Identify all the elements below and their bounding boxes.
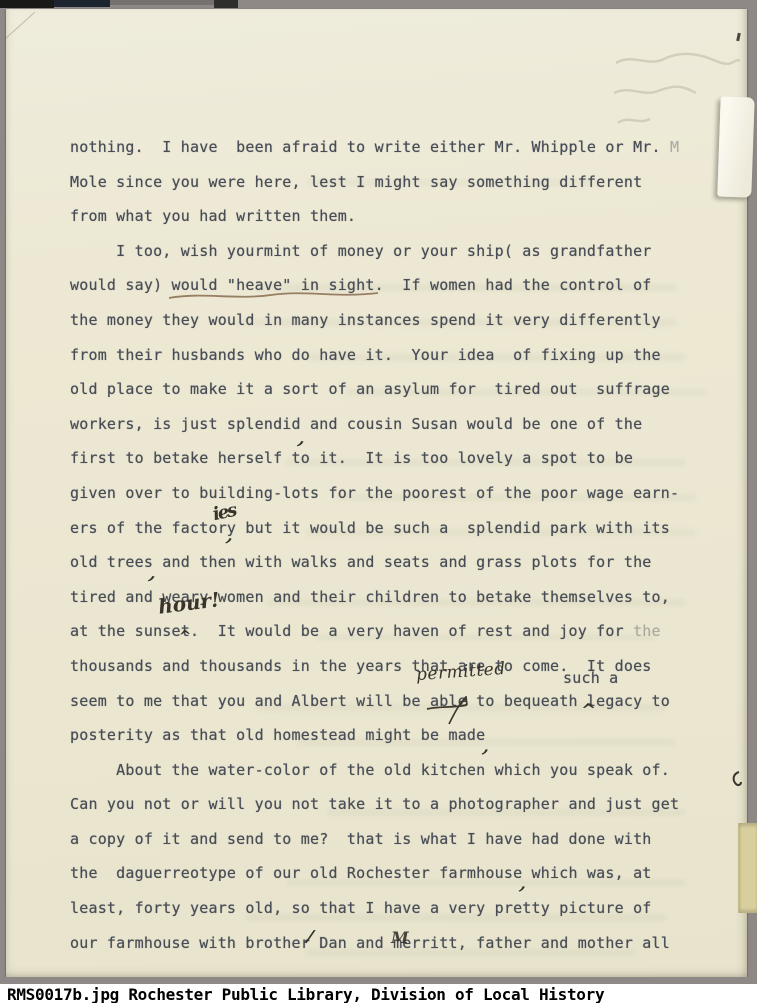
corner-fold-line: [5, 12, 35, 40]
caption-bar: RMS0017b.jpg Rochester Public Library, D…: [0, 984, 757, 1003]
typed-line: Mole since you were here, lest I might s…: [70, 165, 679, 200]
scanner-edge-artifact: [0, 0, 54, 8]
typed-line: workers, is just splendid and cousin Sus…: [70, 407, 679, 442]
typed-line: first to betake herself to it. It is too…: [70, 441, 679, 476]
yellowed-tape: [738, 823, 757, 913]
handwritten-capitalization-mark: M: [391, 930, 409, 946]
typed-line: at the sunset. It would be a very haven …: [70, 614, 679, 649]
typed-line: About the water-color of the old kitchen…: [70, 753, 679, 788]
archive-caption: RMS0017b.jpg Rochester Public Library, D…: [7, 985, 604, 1003]
typed-insertion-such-a: such a: [563, 669, 618, 687]
scanner-edge-artifact: [54, 0, 110, 7]
scanner-gap: [0, 977, 757, 984]
scanner-edge-artifact: [214, 0, 238, 8]
typed-line: ers of the factory but it would be such …: [70, 511, 679, 546]
typed-line: least, forty years old, so that I have a…: [70, 891, 679, 926]
handdrawn-underline: [166, 290, 382, 304]
scanner-edge-artifact: [110, 0, 214, 5]
typed-line: old place to make it a sort of an asylum…: [70, 372, 679, 407]
typed-line: the daguerreotype of our old Rochester f…: [70, 856, 679, 891]
scanned-letter-image: nothing. I have been afraid to write eit…: [0, 0, 757, 1003]
ink-mark: [729, 770, 743, 788]
typed-line: posterity as that old homestead might be…: [70, 718, 679, 753]
white-tape-tab: [717, 96, 754, 197]
typed-line: the money they would in many instances s…: [70, 303, 679, 338]
letter-paper: nothing. I have been afraid to write eit…: [6, 9, 747, 977]
typed-line: given over to building-lots for the poor…: [70, 476, 679, 511]
typed-line: I too, wish yourmint of money or your sh…: [70, 234, 679, 269]
insertion-caret: ^: [581, 702, 596, 720]
typed-line: nothing. I have been afraid to write eit…: [70, 130, 679, 165]
typed-line: our farmhouse with brother Dan and merri…: [70, 926, 679, 961]
able-strikethrough: [425, 696, 479, 726]
typed-line: Can you not or will you not take it to a…: [70, 787, 679, 822]
typed-line: old trees and then with walks and seats …: [70, 545, 679, 580]
typed-line: from their husbands who do have it. Your…: [70, 338, 679, 373]
typed-letter-body: nothing. I have been afraid to write eit…: [70, 130, 679, 960]
insertion-caret: ^: [178, 629, 192, 645]
typed-line: from what you had written them.: [70, 199, 679, 234]
typed-line: a copy of it and send to me? that is wha…: [70, 822, 679, 857]
